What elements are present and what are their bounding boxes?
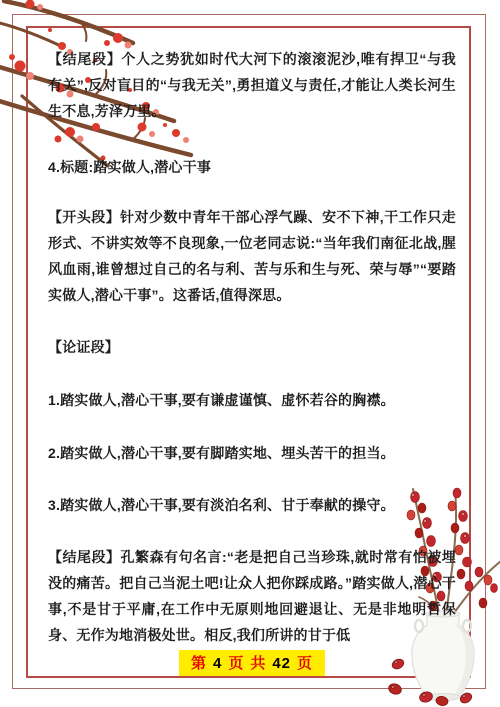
essay-title: 4.标题:踏实做人,潜心干事 xyxy=(48,154,456,180)
footer-label-di: 第 xyxy=(191,655,207,672)
paragraph-closing: 【结尾段】孔繁森有句名言:“老是把自己当珍珠,就时常有怕被埋没的痛苦。把自己当泥… xyxy=(48,544,456,648)
footer-current-page: 4 xyxy=(213,655,222,672)
footer-label-ye2: 页 xyxy=(297,655,313,672)
page-number-footer: 第4页共42页 xyxy=(179,650,325,676)
argument-point-3: 3.踏实做人,潜心干事,要有淡泊名利、甘于奉献的操守。 xyxy=(48,492,456,518)
argument-section-label: 【论证段】 xyxy=(48,334,456,360)
document-page: { "document": { "closing_prev": "【结尾段】个人… xyxy=(0,0,500,707)
paragraph-opening: 【开头段】针对少数中青年干部心浮气躁、安不下神,干工作只走形式、不讲实效等不良现… xyxy=(48,204,456,308)
argument-point-2: 2.踏实做人,潜心干事,要有脚踏实地、埋头苦干的担当。 xyxy=(48,440,456,466)
footer-label-gong: 共 xyxy=(250,655,266,672)
paragraph-closing-previous: 【结尾段】个人之势犹如时代大河下的滚滚泥沙,唯有捍卫“与我有关”,反对盲目的“与… xyxy=(48,46,456,124)
argument-point-1: 1.踏实做人,潜心干事,要有谦虚谨慎、虚怀若谷的胸襟。 xyxy=(48,387,456,413)
footer-total-pages: 42 xyxy=(272,655,291,672)
footer-label-ye: 页 xyxy=(228,655,244,672)
